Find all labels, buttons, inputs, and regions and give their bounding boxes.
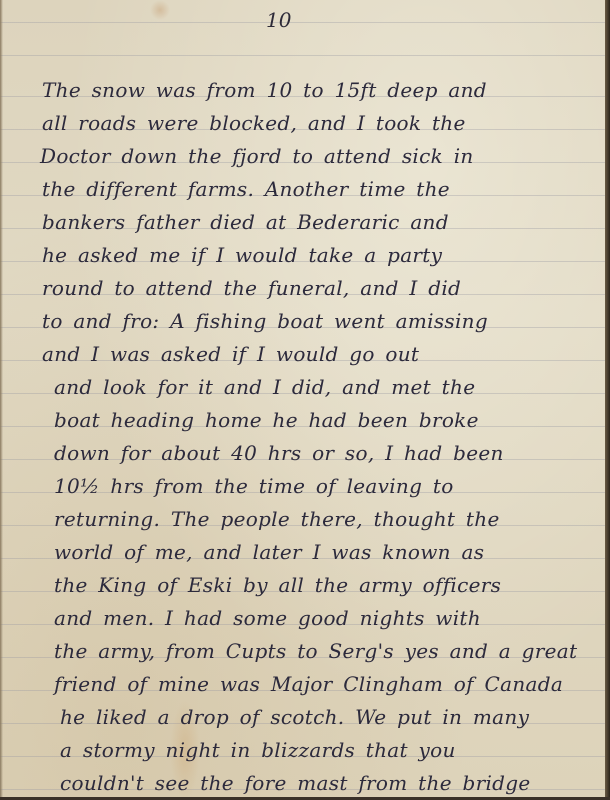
text-line: couldn't see the fore mast from the brid…: [40, 767, 602, 800]
text-line: bankers father died at Bederaric and: [40, 206, 602, 239]
text-line: down for about 40 hrs or so, I had been: [40, 437, 602, 470]
text-line: the different farms. Another time the: [40, 173, 602, 206]
page-edge-right: [605, 0, 610, 800]
text-line: he asked me if I would take a party: [40, 239, 602, 272]
text-line: friend of mine was Major Clingham of Can…: [40, 668, 602, 701]
text-line: boat heading home he had been broke: [40, 404, 602, 437]
handwritten-text: The snow was from 10 to 15ft deep and al…: [40, 74, 602, 800]
text-line: to and fro: A fishing boat went amissing: [40, 305, 602, 338]
text-line: he liked a drop of scotch. We put in man…: [40, 701, 602, 734]
text-line: Doctor down the fjord to attend sick in: [40, 140, 602, 173]
text-line: 10½ hrs from the time of leaving to: [40, 470, 602, 503]
text-line: returning. The people there, thought the: [40, 503, 602, 536]
text-line: world of me, and later I was known as: [40, 536, 602, 569]
text-line: and men. I had some good nights with: [40, 602, 602, 635]
text-line: all roads were blocked, and I took the: [40, 107, 602, 140]
text-line: round to attend the funeral, and I did: [40, 272, 602, 305]
text-line: the King of Eski by all the army officer…: [40, 569, 602, 602]
text-line: The snow was from 10 to 15ft deep and: [40, 74, 602, 107]
page-edge-left: [0, 0, 3, 800]
text-line: and I was asked if I would go out: [40, 338, 602, 371]
text-line: a stormy night in blizzards that you: [40, 734, 602, 767]
notebook-page: 10 The snow was from 10 to 15ft deep and…: [0, 0, 610, 800]
text-line: and look for it and I did, and met the: [40, 371, 602, 404]
text-line: the army, from Cupts to Serg's yes and a…: [40, 635, 602, 668]
paper-stain-top: [150, 0, 170, 20]
page-number: 10: [266, 8, 291, 32]
